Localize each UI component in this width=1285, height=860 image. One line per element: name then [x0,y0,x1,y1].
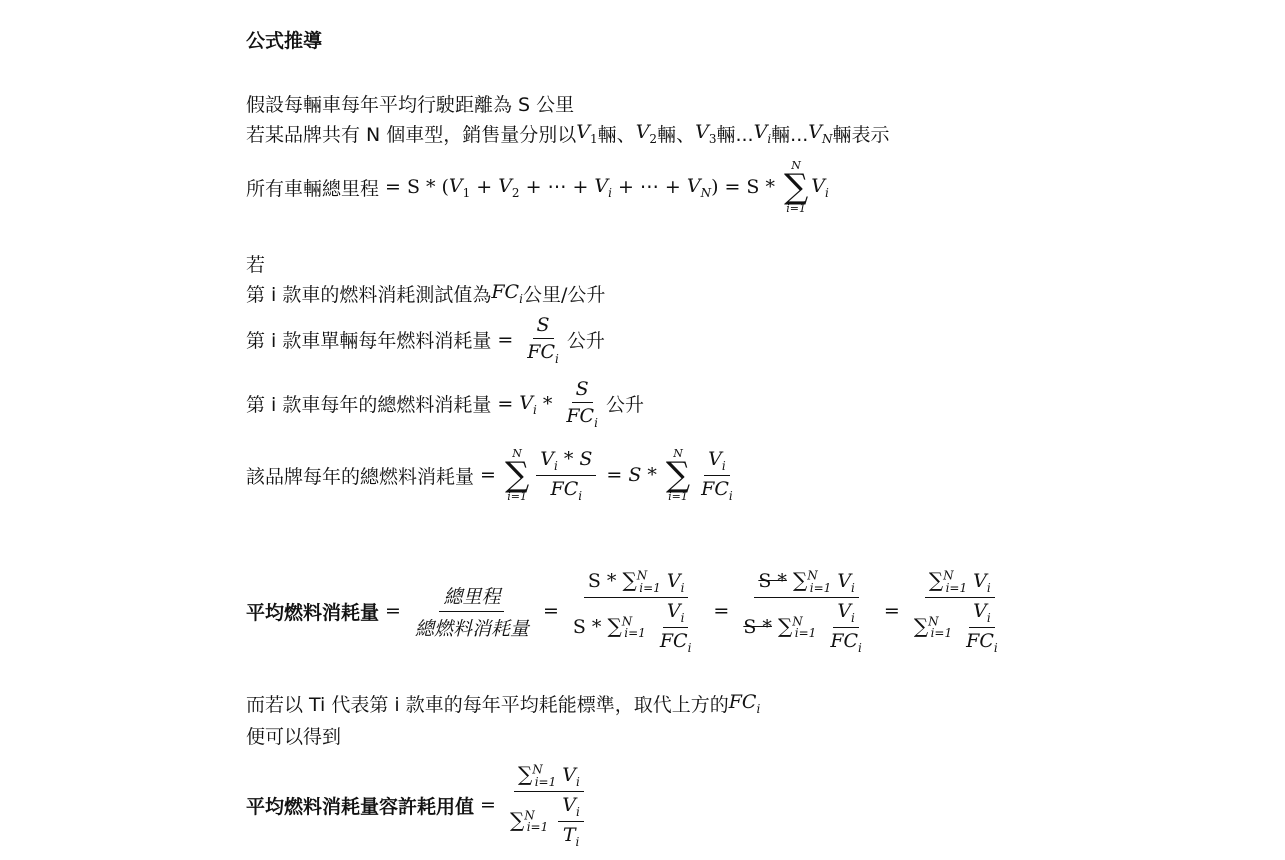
average-label: 平均燃料消耗量 [246,598,379,625]
brand-total-formula: 該品牌每年的總燃料消耗量 = N∑i=1 Vi * SFCi =S* N∑i=1… [246,448,741,503]
fc-line-suffix: 公里/公升 [523,280,605,307]
total-mileage-label: 所有車輛總里程 [246,174,379,201]
final-formula: 平均燃料消耗量容許耗用值 = ∑Ni=1 Vi ∑Ni=1 ViTi [246,762,596,848]
average-formula: 平均燃料消耗量 = 總里程 總燃料消耗量 = S * ∑Ni=1 Vi S * … [246,568,1014,654]
total-mileage-formula: 所有車輛總里程 =S* (V1+V2+⋯+Vi+⋯+VN) =S* N∑i=1 … [246,160,829,214]
single-vehicle-label: 第 i 款車單輛每年燃料消耗量 [246,326,491,353]
fc-line: 第 i 款車的燃料消耗測試值為 FCi 公里/公升 [246,280,605,307]
summation-symbol: N∑i=1 [505,448,529,502]
intro-line-2: 若某品牌共有 N 個車型，銷售量分別以 V1輛、 V2輛、 V3輛... Vi輛… [246,120,890,147]
final-label: 平均燃料消耗量容許耗用值 [246,792,474,819]
page-title: 公式推導 [246,26,322,53]
unit-liter: 公升 [567,326,605,353]
summation-symbol: N∑i=1 [666,448,690,502]
replace-line: 而若以 Ti 代表第 i 款車的每年平均耗能標準，取代上方的 FCi [246,690,760,717]
intro-line-2-prefix: 若某品牌共有 N 個車型，銷售量分別以 [246,120,576,147]
summation-symbol: N∑i=1 [784,160,808,214]
model-total-label: 第 i 款車每年的總燃料消耗量 [246,390,491,417]
if-label: 若 [246,250,265,277]
total-mileage-term: 總里程 [439,582,504,612]
unit-liter: 公升 [606,390,644,417]
intro-line-1: 假設每輛車每年平均行駛距離為 S 公里 [246,90,574,117]
result-intro: 便可以得到 [246,722,341,749]
total-fuel-term: 總燃料消耗量 [411,612,533,641]
model-total-formula: 第 i 款車每年的總燃料消耗量 = Vi* SFCi 公升 [246,378,644,430]
replace-line-text: 而若以 Ti 代表第 i 款車的每年平均耗能標準，取代上方的 [246,690,729,717]
fc-line-prefix: 第 i 款車的燃料消耗測試值為 [246,280,491,307]
single-vehicle-formula: 第 i 款車單輛每年燃料消耗量 = SFCi 公升 [246,314,605,366]
brand-total-label: 該品牌每年的總燃料消耗量 [246,462,474,489]
